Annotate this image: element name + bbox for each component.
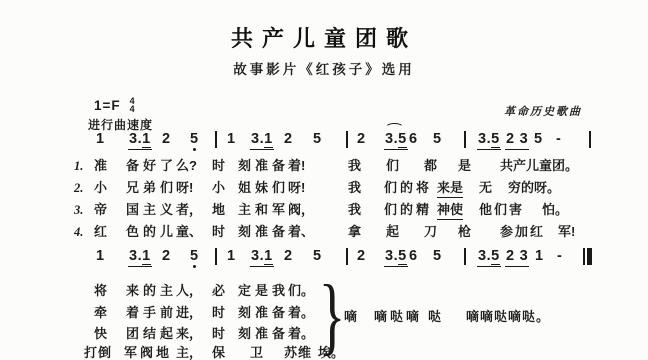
note: 5 (313, 131, 322, 147)
lyric-cell: 打倒 (84, 345, 112, 360)
lyric-cell: 着、 (288, 224, 314, 240)
lyric-cell: 拿 (348, 224, 361, 240)
lyric-cell: 哒 (428, 309, 441, 325)
lyric-cell: 红 (94, 224, 107, 240)
note: 5 (313, 248, 322, 264)
low-octave-dot (193, 148, 196, 151)
note-digit: 3 (478, 131, 487, 147)
lyric-cell: 共产儿童团。 (500, 158, 578, 174)
note: 2 (284, 248, 293, 264)
note: 2 (357, 131, 366, 147)
note: 5 (433, 248, 442, 264)
slur-arc (385, 123, 404, 133)
note: 3.1 (250, 131, 274, 150)
note-digit: 3 (478, 248, 487, 264)
note: 3.1 (128, 248, 152, 267)
barline-stroke (587, 248, 592, 265)
time-signature: 4 4 (130, 97, 135, 113)
lyric-cell: 来， (176, 326, 202, 342)
lyric-cell: 来的主 (126, 283, 177, 299)
note-digit: 3 (520, 248, 529, 264)
note: 1 (227, 131, 236, 147)
barline (589, 131, 591, 148)
note-digit: 5 (491, 131, 500, 148)
lyric-cell: 嘀 (344, 309, 357, 325)
note-digit: 1 (264, 131, 273, 148)
key-signature: 1=F 4 4 (94, 97, 135, 113)
lyric-cell: 时 (212, 158, 225, 174)
note: 1 (227, 248, 236, 264)
note-digit: 3 (385, 248, 394, 264)
lyric-cell: 必 (212, 283, 225, 299)
lyric-cell: 定是我 (238, 283, 289, 299)
meter-denominator: 4 (130, 105, 135, 113)
lyric-cell: 阀， (288, 202, 314, 218)
key-label: 1=F (94, 98, 121, 113)
note: 3.5 (384, 248, 408, 267)
lyric-cell: 团结起 (126, 326, 177, 342)
barline (464, 131, 466, 148)
lyric-cell: 刻准备 (238, 224, 289, 240)
barline (215, 131, 217, 148)
lyric-cell: 们。 (288, 283, 314, 299)
music-line-1: 13.12513.12523.5653.5235- (0, 131, 648, 153)
lyric-cell: 枪 (458, 224, 471, 240)
lyric-cell: 我 (348, 180, 361, 196)
lyric-cell: 都 (424, 158, 437, 174)
lyric-cell: 呀! (288, 180, 305, 196)
note: 1 (96, 131, 105, 147)
note: 2 (162, 131, 171, 147)
note-digit: 5 (491, 248, 500, 265)
lyric-cell: 们的精 (384, 202, 432, 218)
verse-2-row: 2.小兄弟们呀!小姐妹们呀!我们的将来是无穷的呀。 (0, 180, 648, 198)
lyric-cell: 呀! (176, 180, 193, 196)
lyric-cell: 们的将 (384, 180, 432, 196)
lyric-cell: 姐妹们 (238, 180, 289, 196)
verse-number: 2. (74, 180, 83, 196)
note-digit: 3 (520, 131, 529, 147)
lyric-cell: 军! (558, 224, 575, 240)
note-digit: 1 (264, 248, 273, 265)
lyric-cell: 无 (479, 180, 492, 196)
lyric-cell: 备好了 (126, 158, 177, 174)
note: 3.5 (477, 131, 501, 150)
scat-syllables-row: 嘀嘀哒嘀哒嘀嘀哒嘀哒。 (0, 309, 648, 327)
note-digit: 3 (251, 131, 260, 147)
note-digit: 1 (142, 131, 151, 148)
note: - (556, 131, 561, 147)
barline (215, 248, 217, 265)
note: 23 (505, 248, 529, 267)
barline-stroke (583, 248, 585, 265)
lyric-cell: 参加红 (500, 224, 545, 240)
lyric-cell: 起 (386, 224, 399, 240)
lyric-cell: 刻准备 (238, 158, 289, 174)
lyric-cell: 着。 (288, 326, 314, 342)
note-digit: 3 (129, 248, 138, 264)
lyric-cell: 嘀嘀哒嘀哒。 (466, 309, 550, 325)
verse-4-row: 4.红色的儿童、时刻准备着、拿起刀枪参加红军! (0, 224, 648, 242)
note: 2 (357, 248, 366, 264)
lyric-cell: 时 (212, 326, 225, 342)
lyric-cell: 神使 (437, 202, 463, 220)
note: 2 (284, 131, 293, 147)
verse-1-row: 1.准备好了么?时刻准备着!我们都是共产儿童团。 (0, 158, 648, 176)
genre-credit: 革命历史歌曲 (504, 103, 582, 119)
song-title: 共产儿童团歌 (0, 22, 648, 53)
lyric-cell: 来是 (437, 180, 463, 198)
lyric-cell: 苏维 (284, 345, 312, 360)
final-barline (583, 248, 592, 265)
lyric-cell: 刀 (424, 224, 437, 240)
note: 1 (535, 248, 544, 264)
lyric-cell: 我 (348, 158, 361, 174)
lyric-cell: 小 (94, 180, 107, 196)
note: 2 (162, 248, 171, 264)
lyric-cell: 时 (212, 224, 225, 240)
barline (346, 131, 348, 148)
lyric-cell: 快 (94, 326, 107, 342)
note: 6 (409, 248, 418, 264)
note-digit: 3 (385, 131, 394, 147)
lyric-cell: 么? (176, 158, 197, 174)
note: 3.1 (128, 131, 152, 150)
song-subtitle: 故事影片《红孩子》选用 (0, 58, 648, 78)
verse-number: 4. (74, 224, 83, 240)
lyric-cell: 是 (458, 158, 471, 174)
note: 5 (190, 131, 199, 147)
note-digit: 2 (506, 131, 515, 147)
note-digit: 2 (506, 248, 515, 264)
lyric-cell: 准 (94, 158, 107, 174)
note: 23 (505, 131, 529, 150)
lyric-cell: 主和军 (238, 202, 289, 218)
lyric-cell: 怕。 (542, 202, 568, 218)
lyric-cell: 帝 (94, 202, 107, 218)
lyric-cell: 色的儿 (126, 224, 177, 240)
note: 3.1 (250, 248, 274, 267)
lyric-cell: 将 (94, 283, 107, 299)
lyric-cell: 穷的呀。 (508, 180, 560, 196)
lyric-cell: 人， (176, 283, 202, 299)
verse-number: 3. (74, 202, 83, 218)
lyric-cell: 我 (348, 202, 361, 218)
lyric-cell: 保 (212, 345, 225, 360)
lyric-cell: 地 (212, 202, 225, 218)
note: 1 (96, 248, 105, 264)
lyric-cell: 他们害 (479, 202, 524, 218)
lyric-cell: 者， (176, 202, 202, 218)
lyric-cell: 刻准备 (238, 326, 289, 342)
verse-3-row: 3.帝国主义者，地主和军阀，我们的精神使他们害怕。 (0, 202, 648, 220)
lyric-cell: 国主义 (126, 202, 177, 218)
note: 5 (190, 248, 199, 264)
barline (346, 248, 348, 265)
note-digit: 5 (398, 248, 407, 265)
note: 6 (409, 131, 418, 147)
note-digit: 5 (398, 131, 407, 148)
note: - (557, 248, 562, 264)
low-octave-dot (193, 265, 196, 268)
lyric-cell: 嘀哒嘀 (374, 309, 422, 325)
note: 3.5 (477, 248, 501, 267)
lyric-cell: 主， (176, 345, 202, 360)
note: 5 (433, 131, 442, 147)
barline (464, 248, 466, 265)
note-digit: 3 (129, 131, 138, 147)
lyric-cell: 兄弟们 (126, 180, 177, 196)
lyric-cell: 们 (386, 158, 399, 174)
note: 5 (534, 131, 543, 147)
lyric-cell: 着! (288, 158, 305, 174)
lyric-cell: 童、 (176, 224, 202, 240)
lyric-cell: 小 (212, 180, 225, 196)
lyric-cell: 卫 (250, 345, 263, 360)
note-digit: 1 (142, 248, 151, 265)
note-digit: 3 (251, 248, 260, 264)
sheet-music-page: 共产儿童团歌 故事影片《红孩子》选用 1=F 4 4 进行曲速度 革命历史歌曲 … (0, 0, 648, 360)
lyric-cell: 军阀地 (124, 345, 172, 360)
verse-number: 1. (74, 158, 83, 174)
note: 3.5 (384, 131, 408, 150)
